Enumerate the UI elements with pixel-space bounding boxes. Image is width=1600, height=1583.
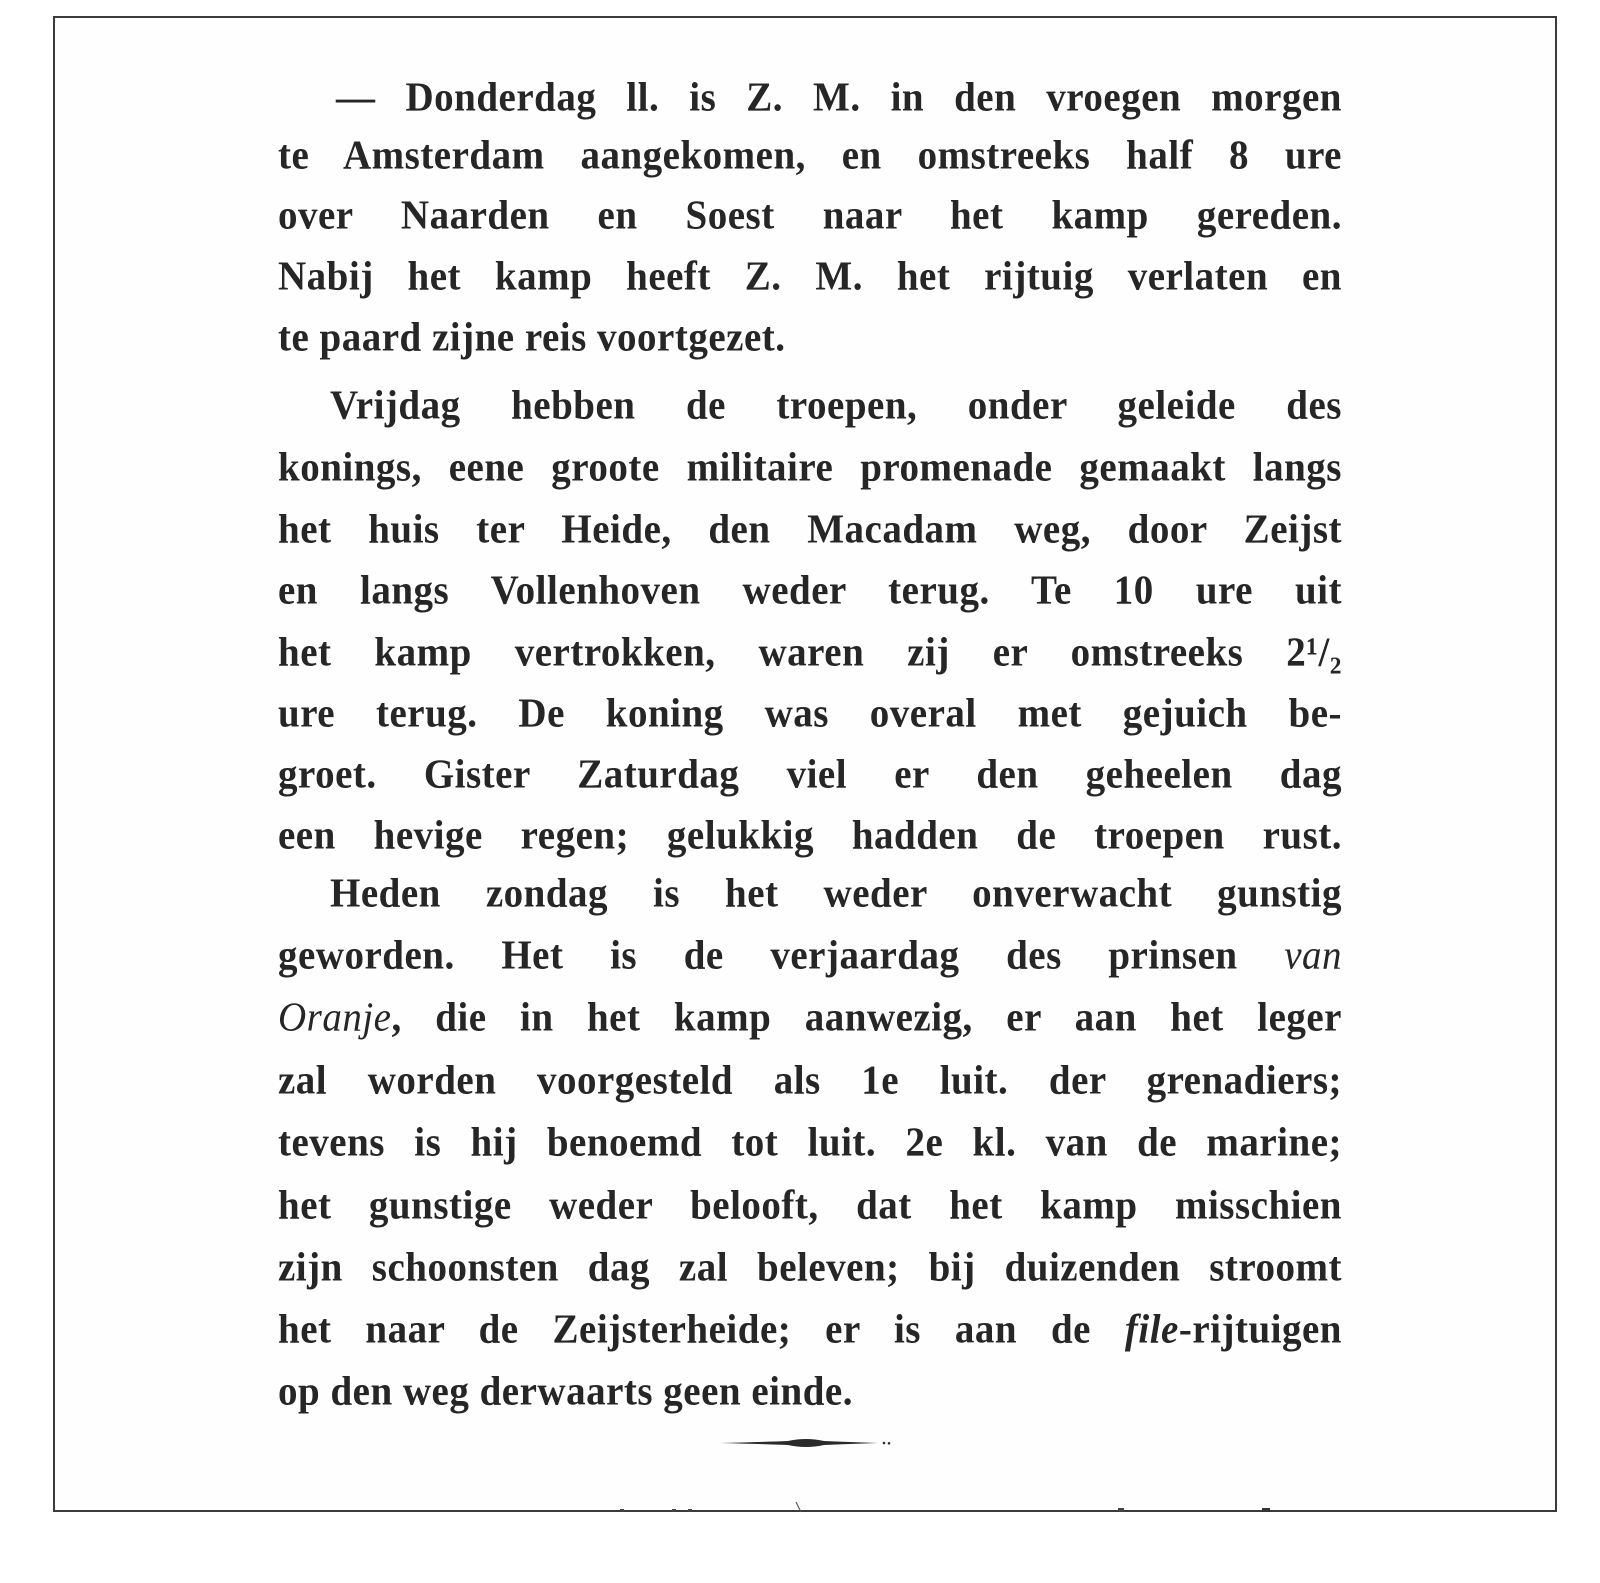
italic-run: file [1125, 1307, 1179, 1352]
text-run: geworden. Het is de verjaardag des prins… [278, 933, 1238, 978]
text-line: Vrijdag hebben de troepen, onder geleide… [330, 380, 1342, 433]
text-line: over Naarden en Soest naar het kamp gere… [278, 190, 1342, 243]
text-run: , die in het kamp aanwezig, er aan het l… [392, 995, 1343, 1040]
text-line: zal worden voorgesteld als 1e luit. der … [278, 1055, 1342, 1108]
text-line: konings, eene groote militaire promenade… [278, 442, 1342, 495]
italic-run: Oranje [278, 995, 392, 1040]
text-run: het kamp vertrokken, waren zij er omstre… [278, 630, 1306, 675]
text-line: ure terug. De koning was overal met geju… [278, 688, 1342, 741]
text-line: Heden zondag is het weder onverwacht gun… [330, 868, 1342, 921]
text-line: een hevige regen; gelukkig hadden de tro… [278, 810, 1342, 863]
text-line: zijn schoonsten dag zal beleven; bij dui… [278, 1242, 1342, 1295]
italic-run: van [1284, 933, 1342, 978]
text-line: het gunstige weder belooft, dat het kamp… [278, 1180, 1342, 1233]
text-line: groet. Gister Zaturdag viel er den gehee… [278, 749, 1342, 802]
text-line: te paard zijne reis voortgezet. [278, 312, 1342, 365]
text-line: Nabij het kamp heeft Z. M. het rijtuig v… [278, 251, 1342, 304]
text-line: te Amsterdam aangekomen, en omstreeks ha… [278, 130, 1342, 183]
fraction: ¹/₂ [1306, 630, 1342, 675]
text-line: tevens is hij benoemd tot luit. 2e kl. v… [278, 1117, 1342, 1170]
text-run: -rijtuigen [1179, 1307, 1342, 1352]
text-line: — Donderdag ll. is Z. M. in den vroegen … [336, 72, 1342, 125]
text-line: het kamp vertrokken, waren zij er omstre… [278, 627, 1342, 680]
divider-ornament-icon [718, 1437, 894, 1449]
text-line: op den weg derwaarts geen einde. [278, 1366, 1342, 1419]
text-line: geworden. Het is de verjaardag des prins… [278, 930, 1342, 983]
text-run: het naar de Zeijsterheide; er is aan de [278, 1307, 1091, 1352]
text-line: het huis ter Heide, den Macadam weg, doo… [278, 504, 1342, 557]
text-line: en langs Vollenhoven weder terug. Te 10 … [278, 565, 1342, 618]
text-line: Oranje, die in het kamp aanwezig, er aan… [278, 992, 1342, 1045]
text-line: het naar de Zeijsterheide; er is aan de … [278, 1304, 1342, 1357]
